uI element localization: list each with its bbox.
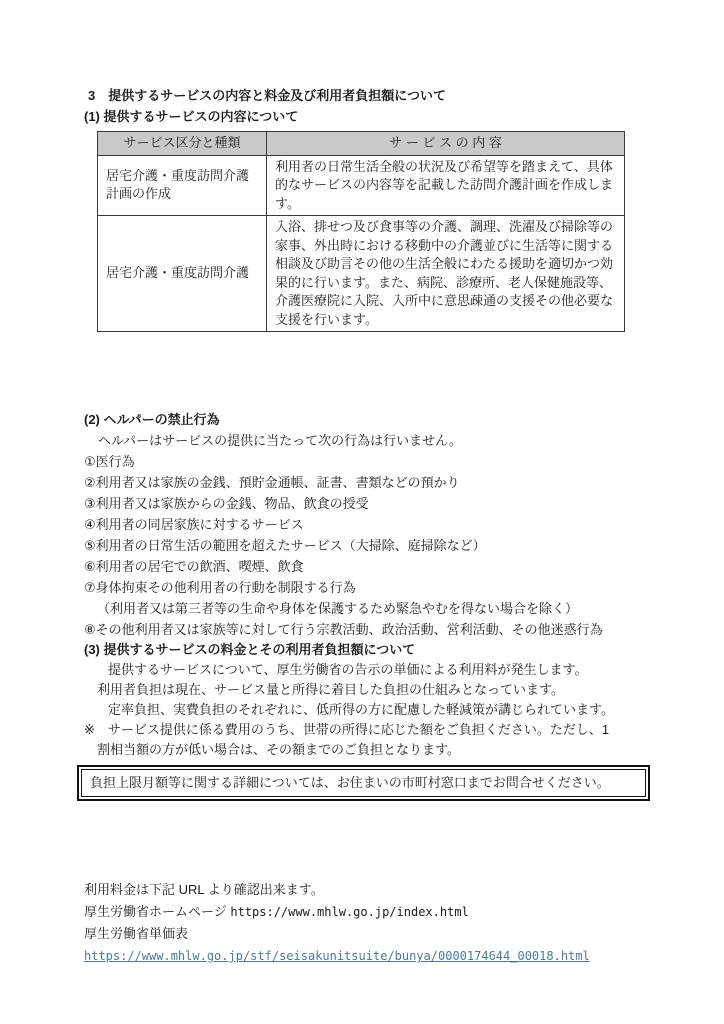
prohibited-item: ⑧その他利用者又は家族等に対して行う宗教活動、政治活動、営利活動、その他迷惑行為 [84,619,650,640]
prohibited-item: ③利用者又は家族からの金銭、物品、飲食の授受 [84,493,650,514]
subsection-1-heading: (1) 提供するサービスの内容について [84,106,650,127]
tariff-url-link[interactable]: https://www.mhlw.go.jp/stf/seisakunitsui… [84,949,590,963]
homepage-label: 厚生労働省ホームページ [84,904,230,919]
prohibited-item: ⑤利用者の日常生活の範囲を超えたサービス（大掃除、庭掃除など） [84,535,650,556]
prohibited-item: ⑥利用者の居宅での飲酒、喫煙、飲食 [84,556,650,577]
prohibited-item: ②利用者又は家族の金銭、預貯金通帳、証書、書類などの預かり [84,472,650,493]
fee-line: 定率負担、実費負担のそれぞれに、低所得の方に配慮した軽減策が講じられています。 [108,700,650,720]
tariff-label: 厚生労働省単価表 [84,923,650,945]
table-row: 居宅介護・重度訪問介護 入浴、排せつ及び食事等の介護、調理、洗濯及び掃除等の家事… [98,216,625,332]
fees-section: (3) 提供するサービスの料金とその利用者負担額について 提供するサービスについ… [84,640,650,720]
boxed-notice: 負担上限月額等に関する詳細については、お住まいの市町村窓口までお問合せください。 [77,765,650,801]
url-intro: 利用料金は下記 URL より確認出来ます。 [84,879,650,901]
service-type-cell: 居宅介護・重度訪問介護計画の作成 [98,155,267,216]
service-type-cell: 居宅介護・重度訪問介護 [98,216,267,332]
boxed-notice-text: 負担上限月額等に関する詳細については、お住まいの市町村窓口までお問合せください。 [81,769,646,797]
burden-note-line: ※ サービス提供に係る費用のうち、世帯の所得に応じた額をご負担ください。ただし、… [84,720,650,740]
fee-line: 提供するサービスについて、厚生労働省の告示の単価による利用料が発生します。 [108,660,650,680]
burden-note-line: 割相当額の方が低い場合は、その額までのご負担となります。 [97,740,650,760]
burden-note: ※ サービス提供に係る費用のうち、世帯の所得に応じた額をご負担ください。ただし、… [84,720,650,760]
url-reference-section: 利用料金は下記 URL より確認出来ます。 厚生労働省ホームページ https:… [84,879,650,967]
service-description-cell: 入浴、排せつ及び食事等の介護、調理、洗濯及び掃除等の家事、外出時における移動中の… [267,216,625,332]
prohibited-item: ⑦身体拘束その他利用者の行動を制限する行為 [84,577,650,598]
tariff-link-line: https://www.mhlw.go.jp/stf/seisakunitsui… [84,945,650,967]
service-table-header-row: サービス区分と種類 サ ー ビ ス の 内 容 [98,132,625,156]
main-heading: 3 提供するサービスの内容と料金及び利用者負担額について [88,85,650,106]
subsection-3-heading: (3) 提供するサービスの料金とその利用者負担額について [84,640,650,660]
prohibited-item-exception: （利用者又は第三者等の生命や身体を保護するため緊急やむを得ない場合を除く） [97,598,650,619]
service-table-col2-header: サ ー ビ ス の 内 容 [267,132,625,156]
fee-line: 利用者負担は現在、サービス量と所得に着目した負担の仕組みとなっています。 [97,680,650,700]
homepage-line: 厚生労働省ホームページ https://www.mhlw.go.jp/index… [84,901,650,923]
prohibited-item: ①医行為 [84,451,650,472]
subsection-2-heading: (2) ヘルパーの禁止行為 [84,409,650,430]
service-description-cell: 利用者の日常生活全般の状況及び希望等を踏まえて、具体的なサービスの内容等を記載し… [267,155,625,216]
table-row: 居宅介護・重度訪問介護計画の作成 利用者の日常生活全般の状況及び希望等を踏まえて… [98,155,625,216]
document-content: 3 提供するサービスの内容と料金及び利用者負担額について (1) 提供するサービ… [84,85,650,967]
service-table-col1-header: サービス区分と種類 [98,132,267,156]
prohibited-acts-section: (2) ヘルパーの禁止行為 ヘルパーはサービスの提供に当たって次の行為は行いませ… [84,409,650,640]
homepage-url: https://www.mhlw.go.jp/index.html [230,905,468,919]
prohibited-acts-intro: ヘルパーはサービスの提供に当たって次の行為は行いません。 [98,430,650,451]
service-table: サービス区分と種類 サ ー ビ ス の 内 容 居宅介護・重度訪問介護計画の作成… [97,131,625,332]
document-page: 3 提供するサービスの内容と料金及び利用者負担額について (1) 提供するサービ… [0,0,724,1024]
prohibited-item: ④利用者の同居家族に対するサービス [84,514,650,535]
